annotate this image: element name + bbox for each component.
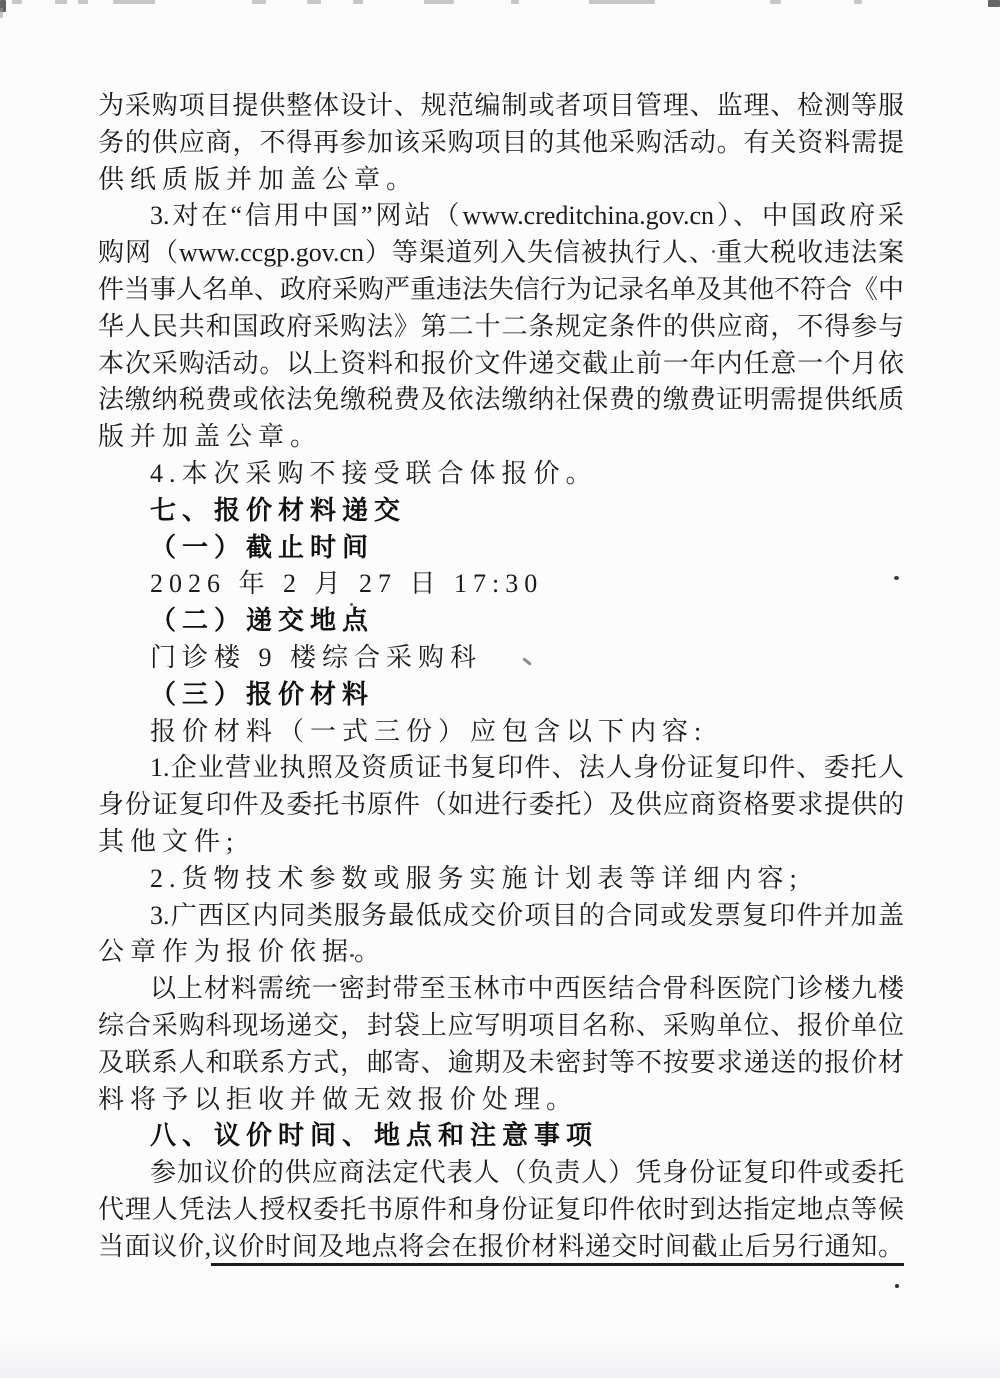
scan-artifact	[252, 0, 266, 4]
text-line: 3.广西区内同类服务最低成交价项目的合同或发票复印件并加盖	[98, 898, 904, 935]
text-line: （二）递交地点	[98, 603, 904, 640]
scan-artifact	[78, 0, 88, 4]
scan-shading	[0, 1330, 1000, 1378]
scan-artifact	[307, 0, 321, 4]
text-line: 当面议价,议价时间及地点将会在报价材料递交时间截止后另行通知。	[98, 1229, 904, 1266]
text-line: 版并加盖公章。	[98, 419, 904, 456]
text-line: 本次采购活动。以上资料和报价文件递交截止前一年内任意一个月依	[98, 346, 904, 383]
text-line: 购网（www.ccgp.gov.cn）等渠道列入失信被执行人、重大税收违法案	[98, 235, 904, 272]
text-line: （一）截止时间	[98, 530, 904, 567]
scan-artifact	[424, 0, 454, 4]
text-line: 八、议价时间、地点和注意事项	[98, 1118, 904, 1155]
text-line: 2.货物技术参数或服务实施计划表等详细内容;	[98, 861, 904, 898]
text-line: 公章作为报价依据。	[98, 934, 904, 971]
text-line: 3.对在“信用中国”网站（www.creditchina.gov.cn）、中国政…	[98, 198, 904, 235]
scan-artifact	[12, 0, 22, 4]
scan-artifact	[988, 0, 1000, 7]
scan-artifact	[511, 0, 519, 4]
text-line: 为采购项目提供整体设计、规范编制或者项目管理、监理、检测等服	[98, 88, 904, 125]
scan-artifact	[0, 0, 6, 12]
text-line: 参加议价的供应商法定代表人（负责人）凭身份证复印件或委托	[98, 1155, 904, 1192]
document-page: 为采购项目提供整体设计、规范编制或者项目管理、监理、检测等服务的供应商，不得再参…	[0, 0, 1000, 1378]
text-line: 1.企业营业执照及资质证书复印件、法人身份证复印件、委托人	[98, 750, 904, 787]
scan-artifact	[55, 0, 67, 4]
text-line: 报价材料（一式三份）应包含以下内容:	[98, 714, 904, 751]
text-segment: 当面议价,	[98, 1232, 211, 1261]
text-line: 法缴纳税费或依法免缴税费及依法缴纳社保费的缴费证明需提供纸质	[98, 382, 904, 419]
text-line: 件当事人名单、政府采购严重违法失信行为记录名单及其他不符合《中	[98, 272, 904, 309]
text-line: 4.本次采购不接受联合体报价。	[98, 456, 904, 493]
scan-speck	[895, 1284, 899, 1288]
text-line: 华人民共和国政府采购法》第二十二条规定条件的供应商，不得参与	[98, 309, 904, 346]
text-line: （三）报价材料	[98, 677, 904, 714]
text-line: 务的供应商，不得再参加该采购项目的其他采购活动。有关资料需提	[98, 125, 904, 162]
scan-artifact	[854, 0, 862, 4]
text-line: 及联系人和联系方式，邮寄、逾期及未密封等不按要求递送的报价材	[98, 1045, 904, 1082]
text-line: 七、报价材料递交	[98, 493, 904, 530]
scan-artifact	[770, 0, 781, 4]
text-line: 其他文件;	[98, 824, 904, 861]
text-line: 以上材料需统一密封带至玉林市中西医结合骨科医院门诊楼九楼	[98, 971, 904, 1008]
text-line: 料将予以拒收并做无效报价处理。	[98, 1082, 904, 1119]
scan-artifact	[0, 8, 3, 18]
text-line: 门诊楼 9 楼综合采购科	[98, 640, 904, 677]
scan-artifact	[353, 0, 363, 4]
document-body: 为采购项目提供整体设计、规范编制或者项目管理、监理、检测等服务的供应商，不得再参…	[98, 88, 904, 1266]
text-line: 综合采购科现场递交，封袋上应写明项目名称、采购单位、报价单位	[98, 1008, 904, 1045]
scan-artifact	[589, 0, 655, 4]
text-line: 2026 年 2 月 27 日 17:30	[98, 566, 904, 603]
text-line: 供纸质版并加盖公章。	[98, 162, 904, 199]
text-line: 身份证复印件及委托书原件（如进行委托）及供应商资格要求提供的	[98, 787, 904, 824]
text-line: 代理人凭法人授权委托书原件和身份证复印件依时到达指定地点等候	[98, 1192, 904, 1229]
underlined-clause: 议价时间及地点将会在报价材料递交时间截止后另行通知。	[211, 1232, 904, 1266]
scan-artifact	[113, 0, 155, 4]
